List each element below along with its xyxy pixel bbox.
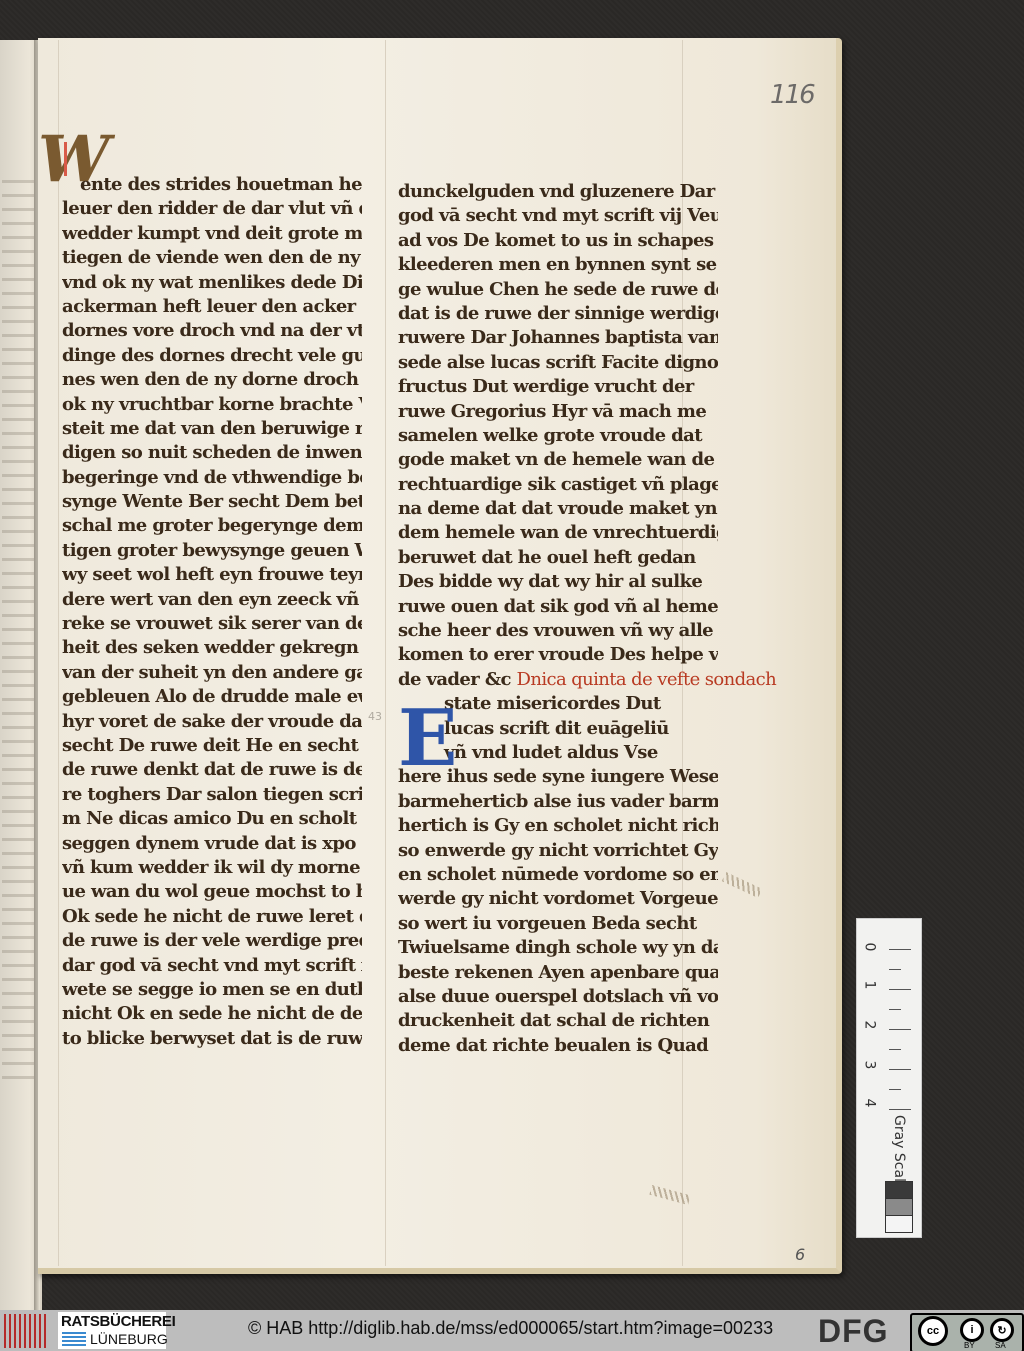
- text-line: barmeherticb alse ius vader barme: [398, 790, 718, 814]
- text-line: leuer den ridder de dar vlut vñ doch: [62, 197, 362, 221]
- gray-swatch-light: [885, 1215, 913, 1233]
- text-line: ruwe Gregorius Hyr vā mach me: [398, 400, 718, 424]
- text-line: synge Wente Ber secht Dem betere: [62, 490, 362, 514]
- text-line: beruwet dat he ouel heft gedan: [398, 546, 718, 570]
- library-name: RATSBÜCHEREI: [61, 1313, 175, 1330]
- text-line: kleederen men en bynnen synt se rou: [398, 253, 718, 277]
- text-line: dem hemele wan de vnrechtuerdige: [398, 521, 718, 545]
- text-line: ad vos De komet to us in schapes: [398, 229, 718, 253]
- text-line: na deme dat dat vroude maket yn: [398, 497, 718, 521]
- text-line: begeringe vnd de vthwendige bewy: [62, 466, 362, 490]
- text-line: dere wert van den eyn zeeck vñ na to: [62, 588, 362, 612]
- text-line: wy seet wol heft eyn frouwe teyn kyn: [62, 563, 362, 587]
- text-line: ackerman heft leuer den acker de vele: [62, 295, 362, 319]
- text-line: Ok sede he nicht de ruwe leret dat: [62, 905, 362, 929]
- text-line: steit me dat van den beruwige rechuer: [62, 417, 362, 441]
- text-line: dar god vā secht vnd myt scrift xxiij: [62, 954, 362, 978]
- text-column-right: dunckelguden vnd gluzenere Dar god vā se…: [398, 180, 718, 1058]
- copyright-link[interactable]: © HAB http://diglib.hab.de/mss/ed000065/…: [248, 1318, 773, 1339]
- dfg-logo[interactable]: DFG: [818, 1314, 889, 1348]
- text-line: en scholet nūmede vordome so en: [398, 863, 718, 887]
- ruler-tick: [889, 1089, 901, 1090]
- text-line: nicht Ok en sede he nicht de de ruwe: [62, 1002, 362, 1026]
- text-line: dunckelguden vnd gluzenere Dar: [398, 180, 718, 204]
- text-line: hertich is Gy en scholet nicht richte: [398, 814, 718, 838]
- text-line: so wert iu vorgeuen Beda secht: [398, 912, 718, 936]
- text-line: Des bidde wy dat wy hir al sulke: [398, 570, 718, 594]
- text-line: re toghers Dar salon tiegen scrift Du: [62, 783, 362, 807]
- text-line: reke se vrouwet sik serer van der sut: [62, 612, 362, 636]
- text-line: werde gy nicht vordomet Vorgeuet: [398, 887, 718, 911]
- ruler-tick: [889, 949, 911, 950]
- text-line: tiegen de viende wen den de ny en vloe: [62, 246, 362, 270]
- facing-page-text-shadow: [2, 180, 36, 1080]
- decorated-initial-e: E: [398, 700, 457, 778]
- ruler-tick-label: 3: [861, 1061, 877, 1070]
- ruler-tick: [889, 1029, 911, 1030]
- text-line: samelen welke grote vroude dat: [398, 424, 718, 448]
- text-line: de ruwe is der vele werdige predekere: [62, 929, 362, 953]
- text-line: to blicke berwyset dat is de ruwe der: [62, 1027, 362, 1051]
- text-line: ruwe ouen dat sik god vñ al hemel: [398, 595, 718, 619]
- by-attribution-icon: i: [960, 1318, 984, 1342]
- sa-label: SA: [995, 1341, 1006, 1350]
- by-label: BY: [964, 1341, 975, 1350]
- text-line: vnd ok ny wat menlikes dede Dik de: [62, 271, 362, 295]
- text-line: van der suheit yn den andere gans: [62, 661, 362, 685]
- text-line: heit des seken wedder gekregn wen: [62, 636, 362, 660]
- text-line: beste rekenen Ayen apenbare quad: [398, 961, 718, 985]
- ruler-tick-label: 1: [861, 981, 877, 990]
- ruler-tick-label: 0: [861, 943, 877, 952]
- library-logo[interactable]: RATSBÜCHEREI LÜNEBURG: [58, 1312, 166, 1349]
- text-line: god vā secht vnd myt scrift vij Veuit: [398, 204, 718, 228]
- text-line: komen to erer vroude Des helpe vs: [398, 643, 718, 667]
- text-line: seggen dynem vrude dat is xpo ga: [62, 832, 362, 856]
- cc-license-badge[interactable]: cc i ↻ BY SA: [910, 1313, 1024, 1351]
- ruler-tick-label: 2: [861, 1021, 877, 1030]
- text-line: ruwere Dar Johannes baptista van: [398, 326, 718, 350]
- text-line: ente des strides houetman heft: [62, 173, 362, 197]
- text-line: wete se segge io men se en duth des: [62, 978, 362, 1002]
- gray-swatch-mid: [885, 1198, 913, 1216]
- cc-icon: cc: [918, 1316, 948, 1346]
- quire-mark: 6: [795, 1245, 805, 1264]
- text-line: ge wulue Chen he sede de ruwe deit: [398, 278, 718, 302]
- text-line: hyr voret de sake der vroude dar he: [62, 710, 362, 734]
- text-line: rechtuardige sik castiget vñ plaget: [398, 473, 718, 497]
- text-line: tigen groter bewysynge geuen Wete: [62, 539, 362, 563]
- ruling-line: [58, 40, 59, 1266]
- text-line: ue wan du wol geue mochst to hant: [62, 880, 362, 904]
- text-line: schal me groter begerynge dem nottrof: [62, 514, 362, 538]
- text-line: gode maket vn de hemele wan de: [398, 448, 718, 472]
- margin-note: 43: [368, 710, 382, 723]
- text-line: dat is de ruwe der sinnige werdigen: [398, 302, 718, 326]
- text-line: Twiuelsame dingh schole wy yn dat: [398, 936, 718, 960]
- text-line: druckenheit dat schal de richten: [398, 1009, 718, 1033]
- gray-swatch-dark: [885, 1181, 913, 1199]
- gray-scale-label: Gray Scale: [891, 1115, 907, 1191]
- text-line: de ruwe denkt dat de ruwe is der vo: [62, 758, 362, 782]
- open-book-icon: [62, 1332, 86, 1346]
- folio-number: 116: [770, 80, 814, 110]
- text-line: secht De ruwe deit He en secht nicht: [62, 734, 362, 758]
- library-city: LÜNEBURG: [90, 1331, 168, 1347]
- text-line-prefix: de vader &c: [398, 669, 511, 690]
- ruler-tick: [889, 969, 901, 970]
- gray-scale-ruler: 0 1 2 3 4 Gray Scale: [856, 918, 922, 1238]
- ruler-tick: [889, 1069, 911, 1070]
- rubric-heading: Dnica quinta de vefte sondach: [517, 669, 777, 690]
- ruler-tick-label: 4: [861, 1099, 877, 1108]
- ruler-tick: [889, 1009, 901, 1010]
- text-line: fructus Dut werdige vrucht der: [398, 375, 718, 399]
- text-line: dinge des dornes drecht vele gudes kor: [62, 344, 362, 368]
- rubric-line: de vader &c Dnica quinta de vefte sondac…: [398, 668, 718, 692]
- text-column-left: ente des strides houetman heft leuer den…: [62, 173, 362, 1051]
- text-line: gebleuen Alo de drudde male ewert: [62, 685, 362, 709]
- text-line: nes wen den de ny dorne droch vnd: [62, 368, 362, 392]
- text-line: digen so nuit scheden de inwendigen: [62, 441, 362, 465]
- text-line: sede alse lucas scrift Facite dignos: [398, 351, 718, 375]
- text-line: dornes vore droch vnd na der vthwe: [62, 319, 362, 343]
- text-line: deme dat richte beualen is Quad: [398, 1034, 718, 1058]
- share-alike-icon: ↻: [990, 1318, 1014, 1342]
- text-line: m Ne dicas amico Du en scholt nicht: [62, 807, 362, 831]
- text-line: ok ny vruchtbar korne brachte Ver: [62, 393, 362, 417]
- ruling-line: [385, 40, 386, 1266]
- ruler-tick: [889, 1109, 911, 1110]
- text-line: wedder kumpt vnd deit grote maheit: [62, 222, 362, 246]
- ruler-tick: [889, 1049, 901, 1050]
- text-line: alse duue ouerspel dotslach vñ vor: [398, 985, 718, 1009]
- text-line: sche heer des vrouwen vñ wy alle: [398, 619, 718, 643]
- text-line: so enwerde gy nicht vorrichtet Gy: [398, 839, 718, 863]
- text-line: vñ kum wedder ik wil dy morne ge: [62, 856, 362, 880]
- ruler-tick: [889, 989, 911, 990]
- library-barcode-icon: [4, 1314, 48, 1348]
